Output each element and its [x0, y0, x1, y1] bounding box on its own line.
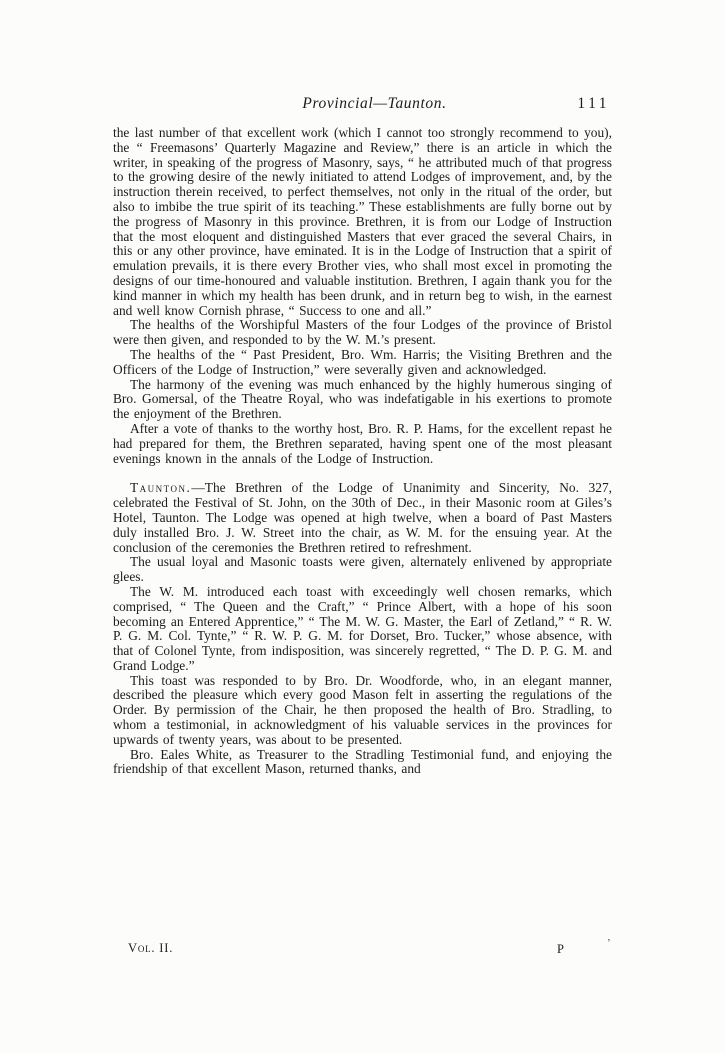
running-title: Provincial—Taunton. — [113, 95, 612, 113]
paragraph-woodforde-response: This toast was responded to by Bro. Dr. … — [113, 674, 612, 748]
paragraph-healths-past-president: The healths of the “ Past President, Bro… — [113, 348, 612, 378]
paragraph-continuation: the last number of that excellent work (… — [113, 126, 612, 318]
paragraph-eales-white: Bro. Eales White, as Treasurer to the St… — [113, 748, 612, 778]
page-number: 111 — [577, 95, 610, 113]
paragraph-taunton-section: Taunton.—The Brethren of the Lodge of Un… — [113, 481, 612, 555]
printers-signature-mark: P — [557, 942, 564, 957]
page-header: Provincial—Taunton. 111 — [113, 95, 612, 117]
paragraph-vote-of-thanks: After a vote of thanks to the worthy hos… — [113, 422, 612, 466]
paragraph-harmony-of-evening: The harmony of the evening was much enha… — [113, 378, 612, 422]
book-page: Provincial—Taunton. 111 the last number … — [0, 0, 725, 1053]
page-footer: Vol. II. P ’ — [113, 941, 612, 957]
paragraph-healths-worshipful-masters: The healths of the Worshipful Masters of… — [113, 318, 612, 348]
paragraph-loyal-toasts: The usual loyal and Masonic toasts were … — [113, 555, 612, 585]
page-body: the last number of that excellent work (… — [113, 126, 612, 777]
paragraph-wm-toasts: The W. M. introduced each toast with exc… — [113, 585, 612, 674]
taunton-smallcaps-lead: Taunton. — [130, 480, 191, 495]
volume-label: Vol. II. — [128, 941, 173, 956]
scan-stray-mark: ’ — [607, 937, 611, 949]
